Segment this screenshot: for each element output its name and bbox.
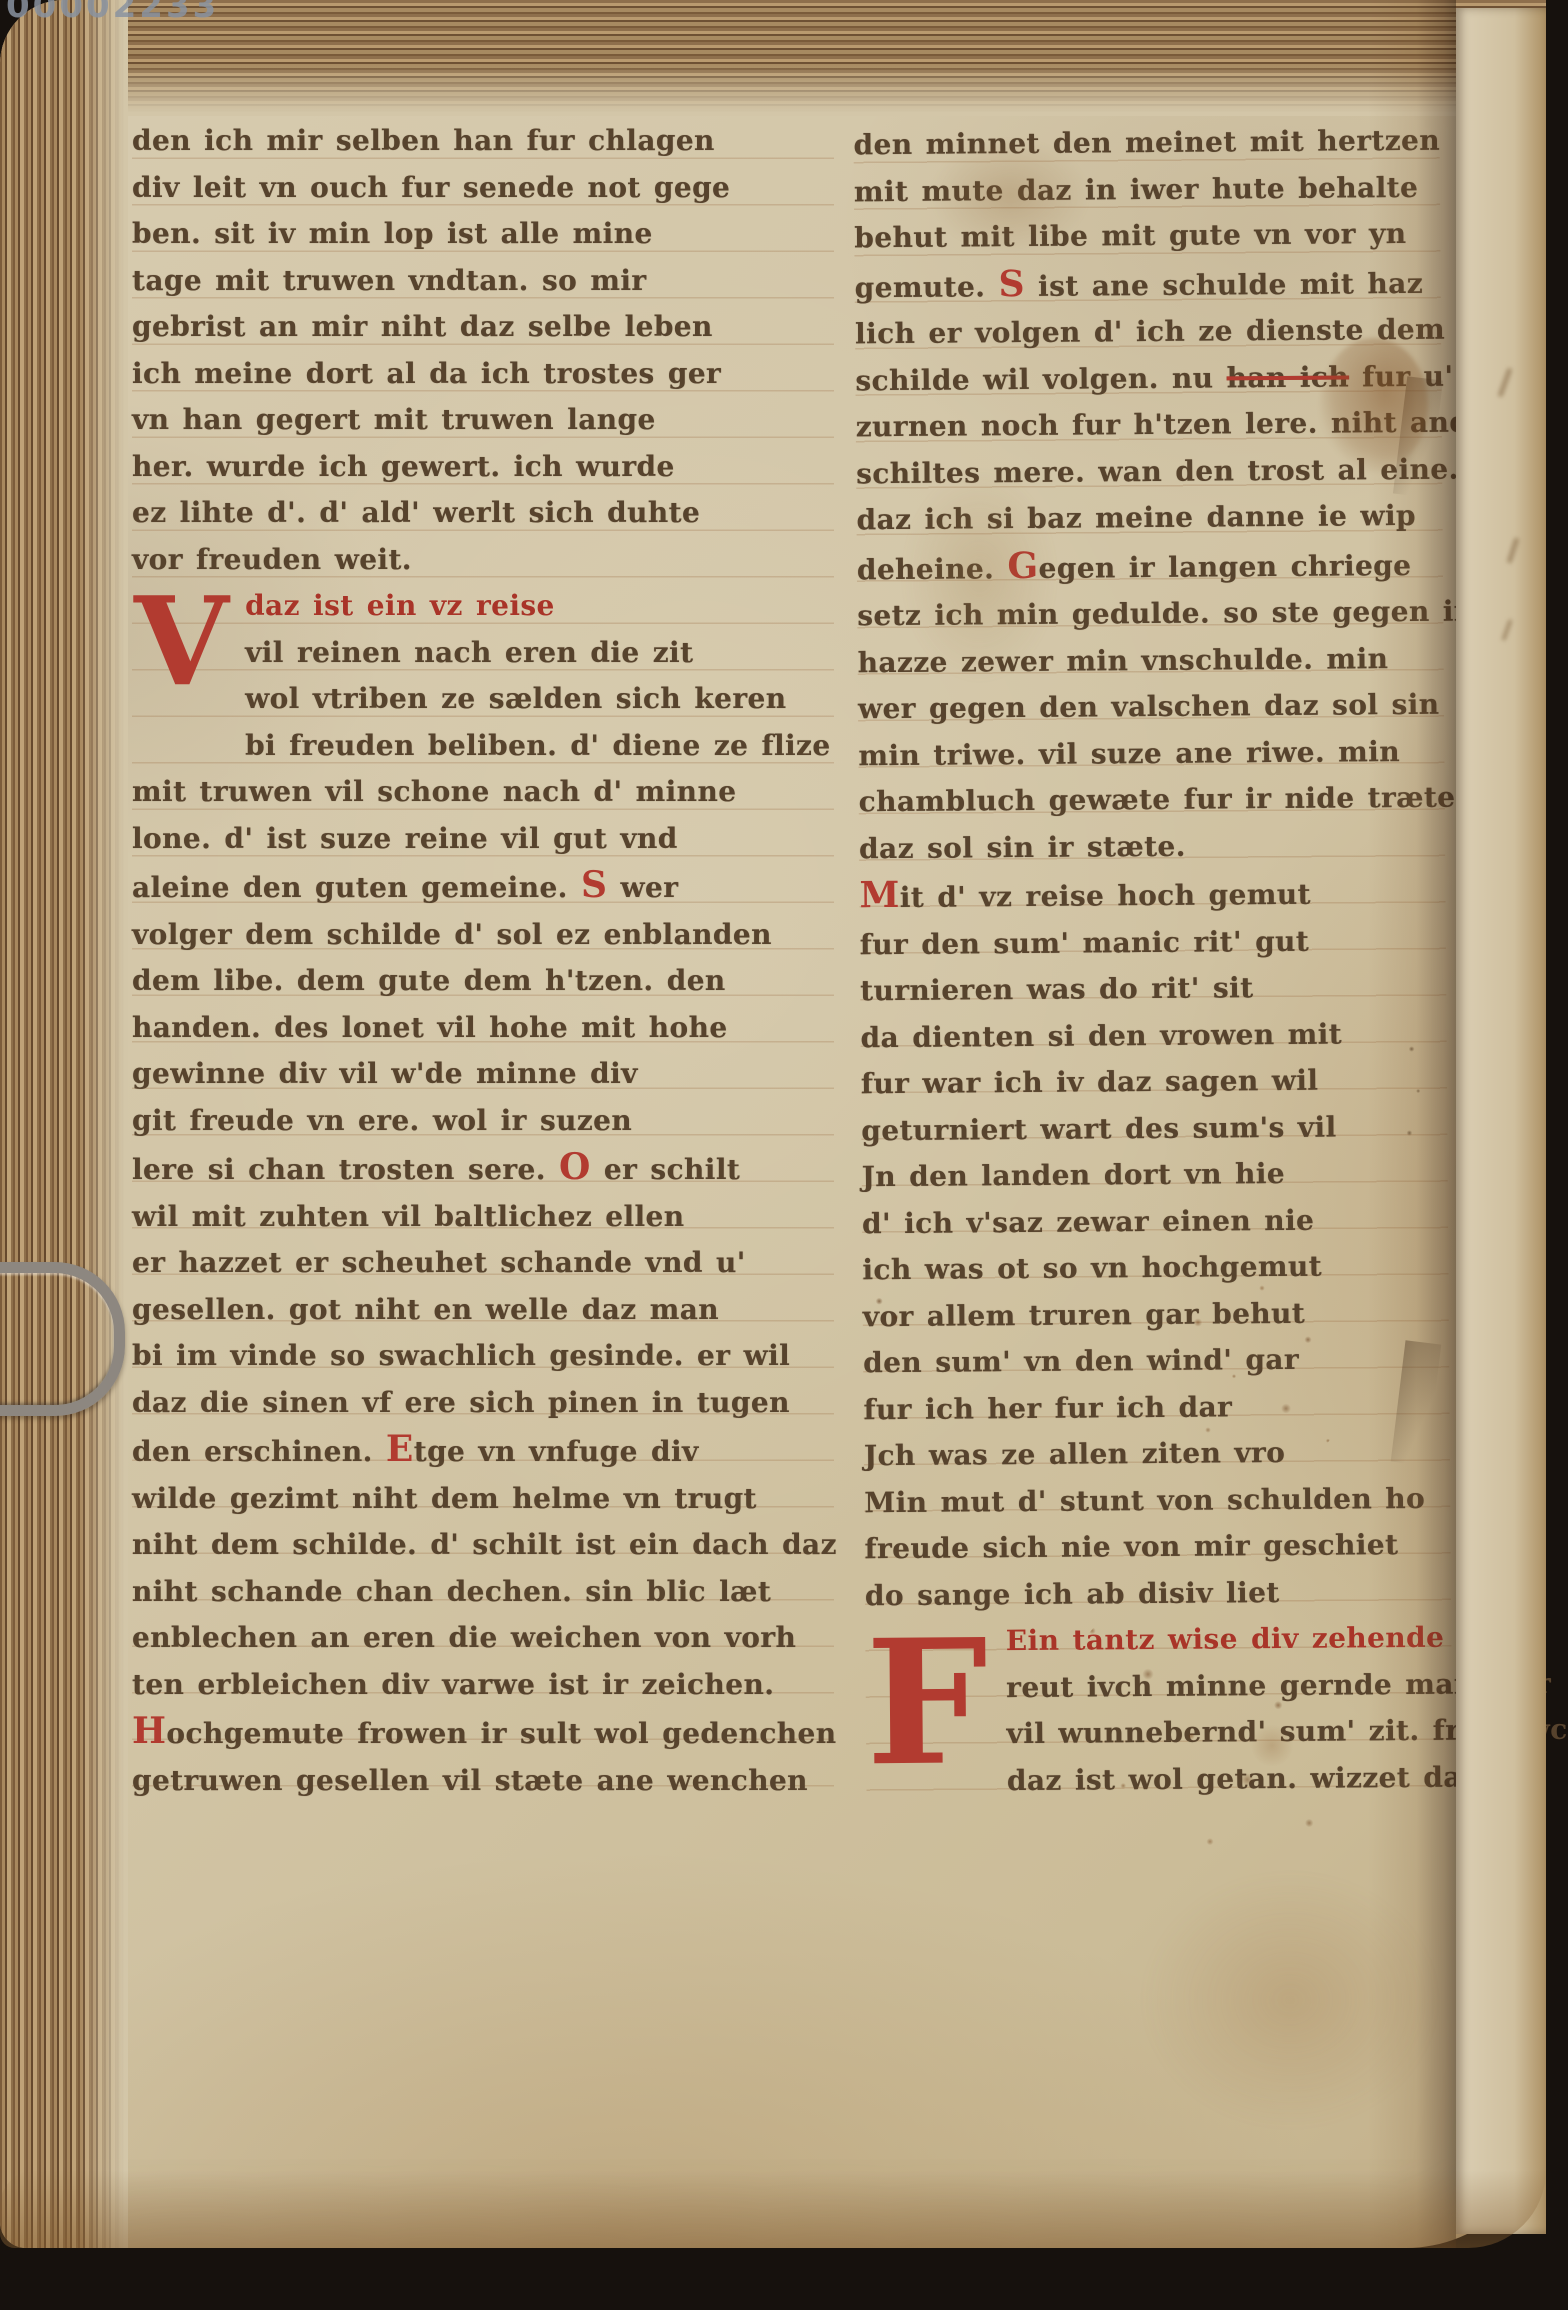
ink-text: bi freuden beliben. d' diene ze flize [245,729,831,762]
text-line: gemute. S ist ane schulde mit haz [854,257,1440,311]
text-line: setz ich min gedulde. so ste gegen ir [857,589,1443,640]
ink-text: wer [607,871,678,904]
ink-text: Min mut d' stunt von schulden ho [864,1481,1425,1518]
ink-text: mit mute daz in iwer hute behalte [854,170,1419,207]
ink-text: lere si chan trosten sere. [132,1153,559,1186]
ink-text: chambluch gewæte fur ir nide træte [859,781,1456,819]
ink-text: vil reinen nach eren die zit [245,636,693,669]
ink-text: wer gegen den valschen daz sol sin [858,688,1440,726]
ink-text: den sum' vn den wind' gar [863,1343,1299,1379]
text-line: enblechen an eren die weichen von vorh [132,1615,834,1662]
ink-text: daz sol sin ir stæte. [859,829,1186,865]
metal-clip [0,1262,125,1416]
ink-text: gewinne div vil w'de minne div [132,1057,638,1090]
text-line: div leit vn ouch fur senede not gege [132,165,834,212]
text-line: ez lihte d'. d' ald' werlt sich duhte [132,490,834,537]
text-line: min triwe. vil suze ane riwe. min [858,728,1444,779]
ink-text: aleine den guten gemeine. [132,871,581,904]
text-line: er hazzet er scheuhet schande vnd u' [132,1240,834,1287]
ink-text: er schilt [591,1153,740,1186]
text-line: daz die sinen vf ere sich pinen in tugen [132,1380,834,1427]
ink-text: niht dem schilde. d' schilt ist ein dach… [132,1528,837,1561]
ink-text: er hazzet er scheuhet schande vnd u' [132,1246,746,1279]
initial-letter: H [132,1710,166,1752]
ink-text: setz ich min gedulde. so ste gegen ir [857,595,1469,633]
ghost-text-mark [1507,537,1520,563]
text-line: dem libe. dem gute dem h'tzen. den [132,958,834,1005]
text-line: fur war ich iv daz sagen wil [861,1057,1447,1108]
page-gutter-edges [0,0,128,2248]
text-line: da dienten si den vrowen mit [860,1010,1446,1061]
ink-text: daz ich si baz meine danne ie wip [856,499,1416,536]
ink-text: turnieren was do rit' sit [860,971,1254,1007]
text-line: deheine. Gegen ir langen chriege [857,539,1443,593]
ink-text: schiltes mere. wan den trost al eine. [856,452,1459,490]
text-line: d' ich v'saz zewar einen nie [862,1196,1448,1247]
text-line: geturniert wart des sum's vil [861,1103,1447,1154]
text-line: lere si chan trosten sere. O er schilt [132,1144,834,1194]
ink-text: tage mit truwen vndtan. so mir [132,264,647,297]
text-line: her. wurde ich gewert. ich wurde [132,444,834,491]
text-line: daz ich si baz meine danne ie wip [856,493,1442,544]
ink-text: Jn den landen dort vn hie [862,1157,1286,1193]
page-top-edges [0,0,1546,116]
digitization-watermark: 00002233 [6,0,219,26]
ghost-text-mark [1501,619,1512,641]
text-line: den sum' vn den wind' gar [863,1336,1449,1387]
ink-text: fur ich her fur ich dar [863,1390,1232,1426]
text-line: den minnet den meinet mit hertzen [853,118,1439,169]
ink-text: wol vtriben ze sælden sich keren [245,682,786,715]
manuscript-book: den ich mir selben han fur chlagendiv le… [0,0,1546,2248]
left-text-column: den ich mir selben han fur chlagendiv le… [132,118,834,1804]
ink-text: enblechen an eren die weichen von vorh [132,1621,796,1654]
ink-text: den minnet den meinet mit hertzen [853,124,1440,162]
text-line: git freude vn ere. wol ir suzen [132,1098,834,1145]
ink-text: fur u' [1349,359,1454,393]
ink-text: volger dem schilde d' sol ez enblanden [132,918,772,951]
manuscript-scan: 00002233 den ich mir selben han fur chla… [0,0,1568,2310]
text-line: volger dem schilde d' sol ez enblanden [132,912,834,959]
ink-text: ochgemute frowen ir sult wol gedenchen [166,1717,836,1750]
initial-letter: S [581,864,607,906]
ink-text: daz die sinen vf ere sich pinen in tugen [132,1386,790,1419]
text-line: bi im vinde so swachlich gesinde. er wil [132,1333,834,1380]
next-page-edge [1456,8,1546,2234]
text-line: tage mit truwen vndtan. so mir [132,258,834,305]
text-line: do sange ich ab disiv liet [865,1568,1451,1619]
text-line: ben. sit iv min lop ist alle mine [132,211,834,258]
ink-text: wilde gezimt niht dem helme vn trugt [132,1482,757,1515]
text-line: turnieren was do rit' sit [860,964,1446,1015]
ink-text: wil mit zuhten vil baltlichez ellen [132,1200,685,1233]
ink-text: egen ir langen chriege [1038,548,1411,584]
text-line: hazze zewer min vnschulde. min [857,635,1443,686]
text-line: zurnen noch fur h'tzen lere. niht ands [856,400,1442,451]
text-line: gesellen. got niht en welle daz man [132,1287,834,1334]
text-line: schiltes mere. wan den trost al eine. [856,446,1442,497]
initial-letter: M [859,874,900,916]
text-line: niht dem schilde. d' schilt ist ein dach… [132,1522,834,1569]
ink-text: ben. sit iv min lop ist alle mine [132,217,653,250]
text-line: ich was ot so vn hochgemut [862,1243,1448,1294]
text-line: mit mute daz in iwer hute behalte [854,164,1440,215]
ghost-text-mark [1498,368,1513,398]
initial-letter: G [1007,544,1038,586]
ink-text: vn han gegert mit truwen lange [132,403,656,436]
ink-text: fur war ich iv daz sagen wil [861,1064,1319,1101]
rubric-text: Ein tantz wise div zehende [1006,1621,1445,1657]
ink-text: gebrist an mir niht daz selbe leben [132,310,713,343]
text-line: daz sol sin ir stæte. [859,821,1445,872]
text-line: chambluch gewæte fur ir nide træte [859,775,1445,826]
ink-text: geturniert wart des sum's vil [861,1110,1336,1147]
ink-text: ten erbleichen div varwe ist ir zeichen. [132,1668,774,1701]
ink-text: ez lihte d'. d' ald' werlt sich duhte [132,496,700,529]
ink-text: min triwe. vil suze ane riwe. min [858,735,1400,772]
text-line: fur den sum' manic rit' gut [860,917,1446,968]
text-line: fur ich her fur ich dar [863,1382,1449,1433]
text-line: niht schande chan dechen. sin blic læt [132,1569,834,1616]
initial-letter: O [559,1146,591,1188]
text-line: Hochgemute frowen ir sult wol gedenchen [132,1708,834,1758]
text-line: vor freuden weit. [132,537,834,584]
text-line: den ich mir selben han fur chlagen [132,118,834,165]
text-line: lone. d' ist suze reine vil gut vnd [132,816,834,863]
ink-text: niht schande chan dechen. sin blic læt [132,1575,771,1608]
ink-text: mit truwen vil schone nach d' minne [132,775,736,808]
ink-text: gemute. [855,270,999,304]
ink-text: lich er volgen d' ich ze dienste dem [855,313,1445,351]
text-line: Mit d' vz reise hoch gemut [859,868,1445,922]
ink-text: d' ich v'saz zewar einen nie [862,1203,1315,1240]
text-line: ich meine dort al da ich trostes ger [132,351,834,398]
ink-text: ist ane schulde mit haz [1025,266,1423,302]
ink-text: den ich mir selben han fur chlagen [132,124,715,157]
ink-text: vor allem truren gar behut [863,1296,1306,1332]
stain [1145,1875,1435,2125]
ink-text: git freude vn ere. wol ir suzen [132,1104,632,1137]
illuminated-initial: V [132,583,245,725]
text-line: Jch was ze allen ziten vro [864,1429,1450,1480]
ink-text: it d' vz reise hoch gemut [900,878,1311,914]
ink-text: da dienten si den vrowen mit [860,1017,1342,1054]
ink-text: bi im vinde so swachlich gesinde. er wil [132,1339,790,1372]
ink-text: ich meine dort al da ich trostes ger [132,357,721,390]
red-struck-text: han ich [1226,360,1349,394]
rubric-text: daz ist ein vz reise [245,589,555,622]
ink-text: freude sich nie von mir geschiet [864,1528,1398,1565]
ink-text: deheine. [857,552,1008,586]
ink-text: ich was ot so vn hochgemut [862,1250,1322,1287]
text-line: getruwen gesellen vil stæte ane wenchen [132,1758,834,1805]
ink-text: do sange ich ab disiv liet [865,1576,1280,1612]
ink-text: fur den sum' manic rit' gut [860,924,1310,961]
text-line: wer gegen den valschen daz sol sin [858,682,1444,733]
ink-text: getruwen gesellen vil stæte ane wenchen [132,1764,808,1797]
ink-text: Jch was ze allen ziten vro [864,1436,1286,1472]
ink-text: zurnen noch fur h'tzen lere. niht ands [856,405,1486,443]
ink-text: div leit vn ouch fur senede not gege [132,171,730,204]
text-line: lich er volgen d' ich ze dienste dem [855,307,1441,358]
illuminated-initial: F [865,1618,1007,1805]
initial-letter: E [386,1428,414,1470]
ink-text: hazze zewer min vnschulde. min [858,642,1389,679]
ink-text: den erschinen. [132,1435,386,1468]
text-line: den erschinen. Etge vn vnfuge div [132,1426,834,1476]
initial-letter: S [998,262,1025,304]
text-line: Min mut d' stunt von schulden ho [864,1475,1450,1526]
right-text-column: den minnet den meinet mit hertzenmit mut… [853,118,1452,1806]
ink-text: vor freuden weit. [132,543,412,576]
text-line: ten erbleichen div varwe ist ir zeichen. [132,1662,834,1709]
text-line: wil mit zuhten vil baltlichez ellen [132,1194,834,1241]
ink-text: lone. d' ist suze reine vil gut vnd [132,822,678,855]
text-line: aleine den guten gemeine. S wer [132,862,834,912]
ink-text: her. wurde ich gewert. ich wurde [132,450,675,483]
text-line: wilde gezimt niht dem helme vn trugt [132,1476,834,1523]
text-line: bi freuden beliben. d' diene ze flize [132,723,834,770]
ink-text: gesellen. got niht en welle daz man [132,1293,719,1326]
text-line: Jn den landen dort vn hie [862,1150,1448,1201]
text-line: vn han gegert mit truwen lange [132,397,834,444]
ink-text: handen. des lonet vil hohe mit hohe [132,1011,728,1044]
ink-text: schilde wil volgen. nu [855,361,1226,397]
ink-text: daz ist wol getan. wizzet daz iv [1007,1760,1519,1797]
ink-text: dem libe. dem gute dem h'tzen. den [132,964,726,997]
ink-text: behut mit libe mit gute vn vor yn [854,217,1406,254]
text-line: gewinne div vil w'de minne div [132,1051,834,1098]
text-line: mit truwen vil schone nach d' minne [132,769,834,816]
text-line: behut mit libe mit gute vn vor yn [854,211,1440,262]
text-line: gebrist an mir niht daz selbe leben [132,304,834,351]
ink-text: tge vn vnfuge div [414,1435,699,1468]
text-line: schilde wil volgen. nu han ich fur u' [855,353,1441,404]
text-line: handen. des lonet vil hohe mit hohe [132,1005,834,1052]
text-line: freude sich nie von mir geschiet [864,1522,1450,1573]
text-line: vor allem truren gar behut [863,1289,1449,1340]
